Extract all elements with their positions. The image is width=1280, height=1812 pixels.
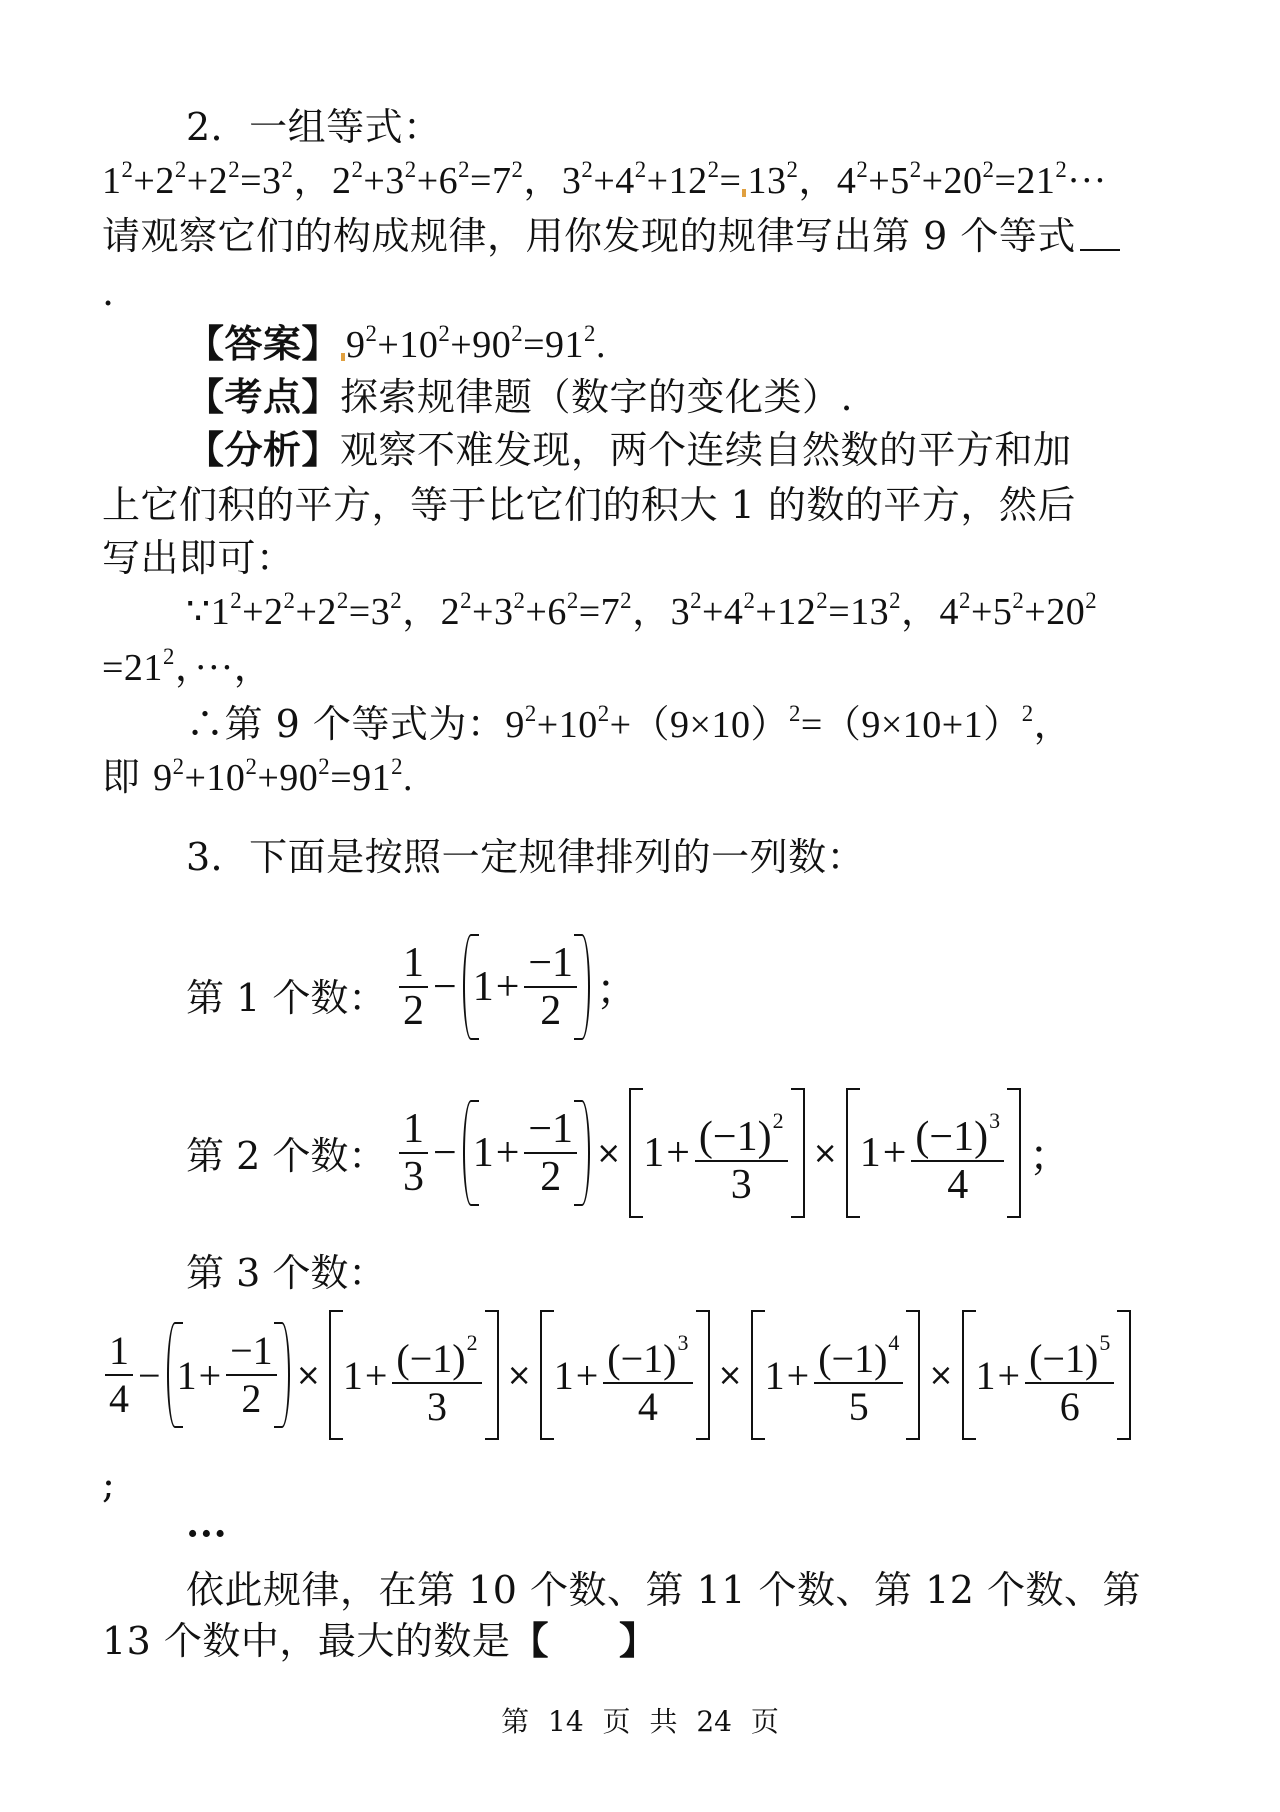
fraction: 13 (399, 1106, 428, 1200)
fraction: (−1)45 (814, 1320, 903, 1430)
answer-bracket-close: 】 (619, 1618, 658, 1663)
problem-2-conclusion: 即 92+102+902=912. (102, 753, 413, 802)
parenthesis-group: 1+ −12 (467, 1106, 586, 1200)
item-2-label: 第 2 个数： (186, 1125, 386, 1180)
page-footer: 第 14 页 共 24 页 (0, 1700, 1280, 1740)
fraction: (−1)23 (695, 1098, 788, 1208)
parenthesis-group: 1+ −12 (171, 1328, 286, 1422)
ellipsis: ··· (186, 1510, 227, 1558)
item-3-trailing-semicolon: ; (102, 1460, 115, 1508)
analysis-label: 【分析】 (186, 427, 340, 472)
answer-label: 【答案】 (186, 321, 340, 366)
fraction: (−1)34 (911, 1098, 1004, 1208)
problem-3-title: 3．下面是按照一定规律排列的一列数： (186, 833, 865, 881)
problem-2-because-line: ∵12+22+22=32，22+32+62=72，32+42+122=132，4… (186, 588, 1097, 636)
parenthesis-group: 1+ −12 (467, 940, 586, 1034)
problem-2-analysis-1: 【分析】观察不难发现，两个连续自然数的平方和加 (186, 426, 1072, 474)
problem-2-analysis-3: 写出即可： (102, 534, 295, 582)
item-3-label: 第 3 个数： (186, 1242, 386, 1297)
problem-3-question-2: 13 个数中，最大的数是【】 (102, 1617, 657, 1665)
bracket-group: 1+ (−1)56 (966, 1320, 1128, 1430)
problem-2-title: 2．一组等式： (186, 103, 442, 151)
answer-blank (1080, 219, 1120, 251)
problem-2-answer: 【答案】92+102+902=912. (186, 320, 606, 369)
fraction: (−1)34 (603, 1320, 692, 1430)
fraction: 12 (399, 940, 428, 1034)
fraction: −12 (226, 1328, 277, 1422)
bracket-group: 1+ (−1)34 (544, 1320, 706, 1430)
problem-2-question: 请观察它们的构成规律，用你发现的规律写出第 9 个等式 (102, 212, 1120, 260)
therefore-symbol: ∴ (186, 702, 225, 746)
problem-2-question-end: . (102, 268, 115, 316)
problem-2-topic: 【考点】探索规律题（数字的变化类）. (186, 373, 853, 421)
fraction: −12 (524, 940, 577, 1034)
because-symbol: ∵ (186, 591, 211, 633)
problem-2-therefore-line: ∴第 9 个等式为：92+102+（9×10）2=（9×10+1）2， (186, 700, 1072, 749)
item-1-formula: 12 − 1+ −12 ； (396, 940, 640, 1034)
topic-label: 【考点】 (186, 374, 340, 419)
item-1-label: 第 1 个数： (186, 967, 386, 1022)
problem-2-analysis-2: 上它们积的平方，等于比它们的积大 1 的数的平方，然后 (102, 481, 1076, 529)
item-2-formula: 13 − 1+ −12 × 1+ (−1)23 × 1+ (−1)34 ； (396, 1098, 1073, 1208)
fraction: 14 (105, 1328, 133, 1422)
problem-2-equations: 12+22+22=32，22+32+62=72，32+42+122=132，42… (102, 157, 1107, 205)
item-3-formula: 14 − 1+ −12 × 1+ (−1)23 × 1+ (−1)34 × 1+… (102, 1320, 1137, 1430)
edit-mark-icon (341, 353, 345, 361)
bracket-group: 1+ (−1)45 (755, 1320, 917, 1430)
problem-2-because-line-2: =212，···， (102, 644, 272, 692)
problem-3-question-1: 依此规律，在第 10 个数、第 11 个数、第 12 个数、第 (186, 1566, 1141, 1614)
bracket-group: 1+ (−1)23 (333, 1320, 495, 1430)
answer-bracket-open: 【 (510, 1618, 549, 1663)
fraction: (−1)56 (1025, 1320, 1114, 1430)
fraction: −12 (524, 1106, 577, 1200)
fraction: (−1)23 (392, 1320, 481, 1430)
bracket-group: 1+ (−1)23 (633, 1098, 800, 1208)
bracket-group: 1+ (−1)34 (850, 1098, 1017, 1208)
edit-mark-icon (742, 189, 746, 197)
